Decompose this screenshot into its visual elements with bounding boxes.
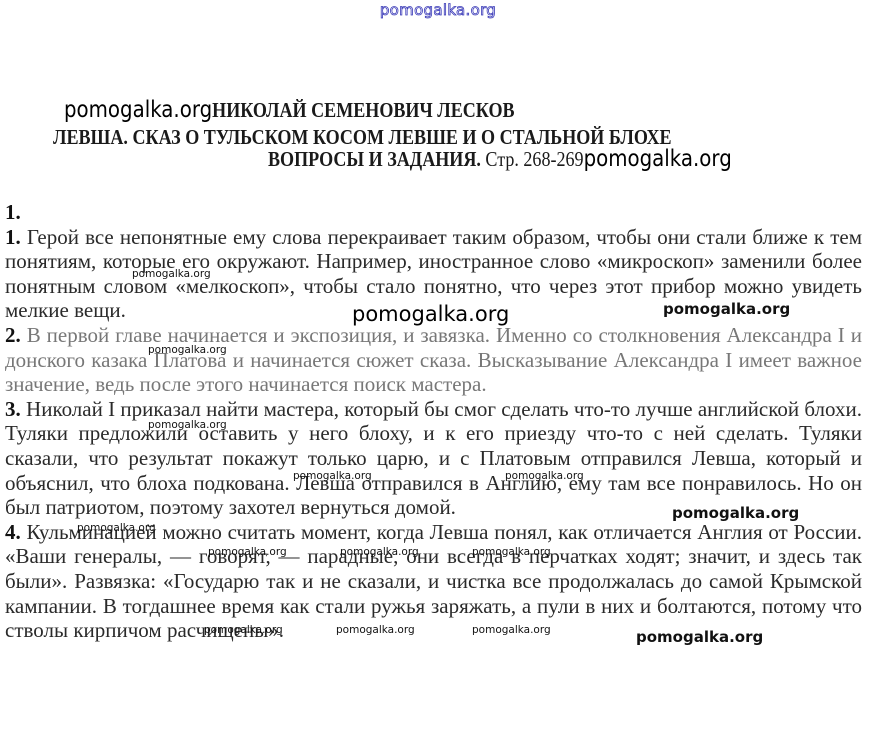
watermark: pomogalka.org [505, 470, 584, 482]
watermark: pomogalka.org [672, 504, 799, 522]
watermark: pomogalka.org [336, 624, 415, 636]
top-watermark: pomogalka.org [0, 1, 876, 19]
watermark: pomogalka.org [77, 522, 156, 534]
watermark: pomogalka.org [148, 344, 227, 356]
task-number: 1. [5, 200, 862, 225]
watermark: pomogalka.org [340, 546, 419, 558]
author-heading: pomogalka.orgНИКОЛАЙ СЕМЕНОВИЧ ЛЕСКОВ [64, 97, 515, 123]
watermark: pomogalka.org [132, 268, 211, 280]
watermark: pomogalka.org [208, 546, 287, 558]
answer-text: В первой главе начинается и экспозиция, … [5, 323, 862, 396]
answer-number: 1. [5, 225, 21, 249]
answer-text: Николай I приказал найти мастера, которы… [5, 397, 862, 519]
watermark: pomogalka.org [148, 419, 227, 431]
watermark: pomogalka.org [204, 624, 283, 636]
section-label: ВОПРОСЫ И ЗАДАНИЯ. [268, 147, 481, 171]
watermark: pomogalka.org [293, 470, 372, 482]
answer-number: 4. [5, 520, 21, 544]
watermark: pomogalka.org [352, 302, 509, 326]
watermark: pomogalka.org [472, 546, 551, 558]
answer-2: 2. В первой главе начинается и экспозици… [5, 323, 862, 397]
section-heading: ВОПРОСЫ И ЗАДАНИЯ. Стр. 268-269pomogalka… [268, 146, 732, 172]
page-reference: Стр. 268-269 [485, 147, 583, 171]
answer-text: Кульминацией можно считать момент, когда… [5, 520, 862, 642]
author-name: НИКОЛАЙ СЕМЕНОВИЧ ЛЕСКОВ [212, 98, 514, 122]
answer-body: 1. 1. Герой все непонятные ему слова пер… [5, 200, 862, 643]
answer-number: 2. [5, 323, 21, 347]
watermark: pomogalka.org [472, 624, 551, 636]
watermark: pomogalka.org [663, 300, 790, 318]
watermark: pomogalka.org [584, 146, 732, 172]
answer-4: 4. Кульминацией можно считать момент, ко… [5, 520, 862, 643]
watermark: pomogalka.org [636, 628, 763, 646]
watermark: pomogalka.org [64, 97, 212, 123]
answer-3: 3. Николай I приказал найти мастера, кот… [5, 397, 862, 520]
answer-number: 3. [5, 397, 21, 421]
